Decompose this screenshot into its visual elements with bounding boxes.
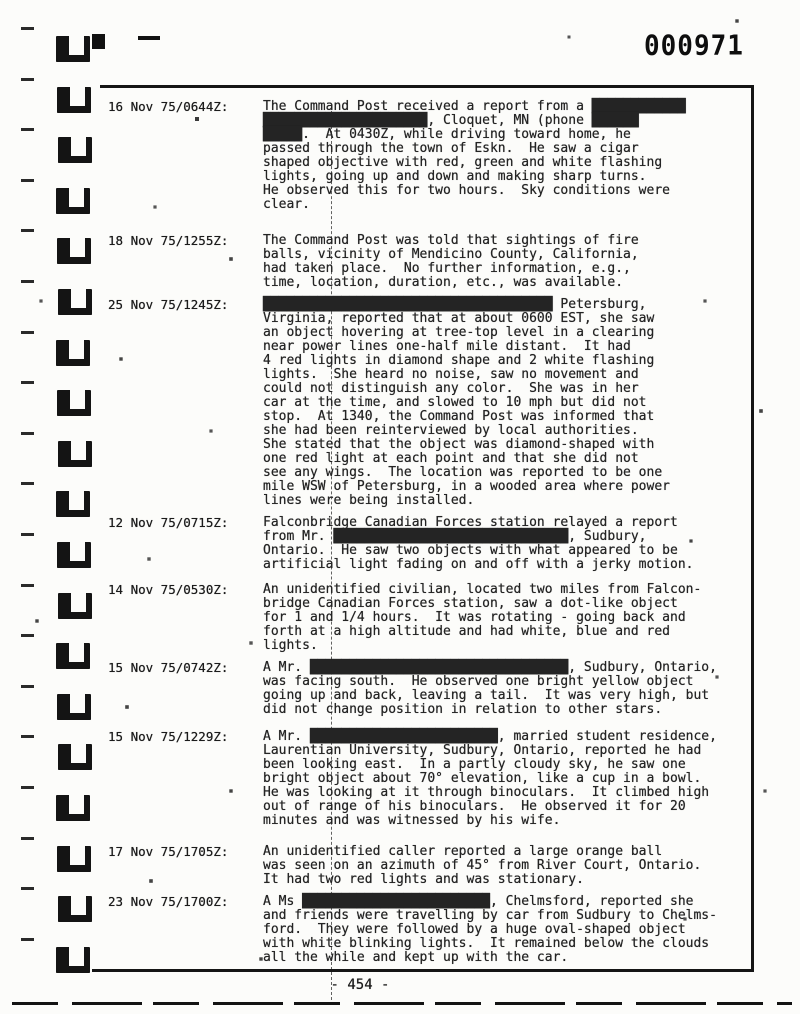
binder-hole-mark: [56, 795, 90, 821]
margin-dash-mark: [21, 432, 34, 435]
entry-line: An unidentified civilian, located two mi…: [263, 583, 758, 597]
margin-dash-mark: [21, 786, 34, 789]
entry-line: minutes and was witnessed by his wife.: [263, 814, 758, 828]
log-entry: 15 Nov 75/0742Z:A Mr. ██████████████████…: [108, 661, 758, 717]
entry-text: An unidentified caller reported a large …: [263, 845, 758, 887]
scan-artifact-dash: [138, 36, 160, 40]
margin-dash-mark: [21, 735, 34, 738]
entry-line: An unidentified caller reported a large …: [263, 845, 758, 859]
binder-hole-mark: [57, 87, 91, 113]
entry-line: Falconbridge Canadian Forces station rel…: [263, 516, 758, 530]
entry-line: one red light at each point and that she…: [263, 452, 758, 466]
binder-hole-mark: [57, 846, 91, 872]
entry-date: 17 Nov 75/1705Z:: [108, 845, 263, 887]
margin-dash-mark: [21, 128, 34, 131]
sighting-log-entries: 16 Nov 75/0644Z:The Command Post receive…: [108, 100, 758, 973]
entry-line: lights, going up and down and making sha…: [263, 170, 758, 184]
entry-line: had taken place. No further information,…: [263, 262, 758, 276]
entry-date: 18 Nov 75/1255Z:: [108, 234, 263, 290]
entry-line: all the while and kept up with the car.: [263, 951, 758, 965]
binder-hole-mark: [56, 491, 90, 517]
entry-line: she had been reinterviewed by local auth…: [263, 424, 758, 438]
binder-hole-mark: [57, 390, 91, 416]
entry-line: He was looking at it through binoculars.…: [263, 786, 758, 800]
page-border-top: [100, 85, 752, 88]
entry-line: car at the time, and slowed to 10 mph bu…: [263, 396, 758, 410]
entry-line: did not change position in relation to o…: [263, 703, 758, 717]
entry-text: █████████████████████████████████████ Pe…: [263, 298, 758, 508]
entry-line: She stated that the object was diamond-s…: [263, 438, 758, 452]
margin-dash-mark: [21, 533, 34, 536]
entry-line: near power lines one-half mile distant. …: [263, 340, 758, 354]
entry-line: A Mr. ████████████████████████, married …: [263, 730, 758, 744]
entry-line: lines were being installed.: [263, 494, 758, 508]
entry-line: mile WSW of Petersburg, in a wooded area…: [263, 480, 758, 494]
entry-text: An unidentified civilian, located two mi…: [263, 583, 758, 653]
document-serial-stamp: 000971: [644, 30, 744, 62]
log-entry: 15 Nov 75/1229Z:A Mr. ██████████████████…: [108, 730, 758, 828]
entry-line: artificial light fading on and off with …: [263, 558, 758, 572]
entry-line: going up and back, leaving a tail. It wa…: [263, 689, 758, 703]
entry-line: A Ms ████████████████████████, Chelmsfor…: [263, 895, 758, 909]
binder-hole-mark: [56, 188, 90, 214]
entry-text: The Command Post received a report from …: [263, 100, 758, 212]
binder-hole-mark: [58, 896, 92, 922]
log-entry: 14 Nov 75/0530Z:An unidentified civilian…: [108, 583, 758, 653]
entry-line: █████████████████████████████████████ Pe…: [263, 298, 758, 312]
log-entry: 23 Nov 75/1700Z:A Ms ███████████████████…: [108, 895, 758, 965]
entry-line: an object hovering at tree-top level in …: [263, 326, 758, 340]
entry-line: bright object about 70° elevation, like …: [263, 772, 758, 786]
entry-date: 23 Nov 75/1700Z:: [108, 895, 263, 965]
footer-separator-line: [92, 969, 754, 972]
log-entry: 25 Nov 75/1245Z:████████████████████████…: [108, 298, 758, 508]
binder-hole-mark: [56, 643, 90, 669]
margin-dash-mark: [21, 78, 34, 81]
binder-hole-mark: [58, 137, 92, 163]
margin-dash-mark: [21, 837, 34, 840]
margin-dash-mark: [21, 381, 34, 384]
entry-date: 15 Nov 75/0742Z:: [108, 661, 263, 717]
margin-dash-mark: [21, 938, 34, 941]
margin-dash-mark: [21, 229, 34, 232]
margin-dash-mark: [21, 685, 34, 688]
entry-line: time, location, duration, etc., was avai…: [263, 276, 758, 290]
margin-dash-mark: [21, 584, 34, 587]
entry-line: from Mr. ██████████████████████████████,…: [263, 530, 758, 544]
margin-dash-mark: [21, 331, 34, 334]
binder-hole-mark: [56, 947, 90, 973]
entry-line: Ontario. He saw two objects with what ap…: [263, 544, 758, 558]
entry-date: 12 Nov 75/0715Z:: [108, 516, 263, 572]
entry-line: clear.: [263, 198, 758, 212]
entry-line: was facing south. He observed one bright…: [263, 675, 758, 689]
scan-noise: [0, 0, 2, 2]
entry-line: bridge Canadian Forces station, saw a do…: [263, 597, 758, 611]
entry-text: A Mr. ████████████████████████, married …: [263, 730, 758, 828]
margin-dash-mark: [21, 27, 34, 30]
page-number: - 454 -: [300, 977, 420, 993]
log-entry: 16 Nov 75/0644Z:The Command Post receive…: [108, 100, 758, 212]
margin-dash-mark: [21, 887, 34, 890]
entry-line: He observed this for two hours. Sky cond…: [263, 184, 758, 198]
binder-hole-mark: [57, 694, 91, 720]
entry-text: A Mr. █████████████████████████████████,…: [263, 661, 758, 717]
binder-hole-mark: [57, 238, 91, 264]
entry-line: The Command Post received a report from …: [263, 100, 758, 114]
entry-line: Laurentian University, Sudbury, Ontario,…: [263, 744, 758, 758]
entry-line: forth at a high altitude and had white, …: [263, 625, 758, 639]
margin-dash-mark: [21, 634, 34, 637]
entry-line: with white blinking lights. It remained …: [263, 937, 758, 951]
entry-line: lights. She heard no noise, saw no movem…: [263, 368, 758, 382]
log-entry: 17 Nov 75/1705Z:An unidentified caller r…: [108, 845, 758, 887]
entry-line: █████████████████████, Cloquet, MN (phon…: [263, 114, 758, 128]
binder-hole-mark: [56, 36, 90, 62]
entry-line: ford. They were followed by a huge oval-…: [263, 923, 758, 937]
entry-line: lights.: [263, 639, 758, 653]
entry-line: stop. At 1340, the Command Post was info…: [263, 410, 758, 424]
entry-line: for 1 and 1/4 hours. It was rotating - g…: [263, 611, 758, 625]
entry-line: been looking east. In a partly cloudy sk…: [263, 758, 758, 772]
entry-line: balls, vicinity of Mendicino County, Cal…: [263, 248, 758, 262]
entry-line: was seen on an azimuth of 45° from River…: [263, 859, 758, 873]
entry-line: A Mr. █████████████████████████████████,…: [263, 661, 758, 675]
entry-text: Falconbridge Canadian Forces station rel…: [263, 516, 758, 572]
log-entry: 18 Nov 75/1255Z:The Command Post was tol…: [108, 234, 758, 290]
entry-line: It had two red lights and was stationary…: [263, 873, 758, 887]
entry-line: 4 red lights in diamond shape and 2 whit…: [263, 354, 758, 368]
bottom-edge-line: [12, 1002, 792, 1005]
binder-hole-mark: [58, 289, 92, 315]
entry-date: 14 Nov 75/0530Z:: [108, 583, 263, 653]
entry-line: see any wings. The location was reported…: [263, 466, 758, 480]
margin-dash-mark: [21, 179, 34, 182]
margin-dash-mark: [21, 280, 34, 283]
binder-hole-mark: [58, 593, 92, 619]
entry-line: out of range of his binoculars. He obser…: [263, 800, 758, 814]
entry-date: 16 Nov 75/0644Z:: [108, 100, 263, 212]
log-entry: 12 Nov 75/0715Z:Falconbridge Canadian Fo…: [108, 516, 758, 572]
entry-line: and friends were travelling by car from …: [263, 909, 758, 923]
binder-hole-mark: [58, 441, 92, 467]
entry-line: The Command Post was told that sightings…: [263, 234, 758, 248]
scan-artifact-square: [92, 34, 105, 49]
scanned-document-page: 000971 16 Nov 75/0644Z:The Command Post …: [0, 0, 800, 1014]
binder-hole-mark: [57, 542, 91, 568]
entry-line: █████. At 0430Z, while driving toward ho…: [263, 128, 758, 142]
entry-line: could not distinguish any color. She was…: [263, 382, 758, 396]
margin-dash-mark: [21, 482, 34, 485]
entry-line: passed through the town of Eskn. He saw …: [263, 142, 758, 156]
entry-text: A Ms ████████████████████████, Chelmsfor…: [263, 895, 758, 965]
binder-hole-mark: [58, 744, 92, 770]
binder-hole-mark: [56, 340, 90, 366]
entry-line: Virginia, reported that at about 0600 ES…: [263, 312, 758, 326]
entry-text: The Command Post was told that sightings…: [263, 234, 758, 290]
entry-line: shaped objective with red, green and whi…: [263, 156, 758, 170]
entry-date: 25 Nov 75/1245Z:: [108, 298, 263, 508]
entry-date: 15 Nov 75/1229Z:: [108, 730, 263, 828]
